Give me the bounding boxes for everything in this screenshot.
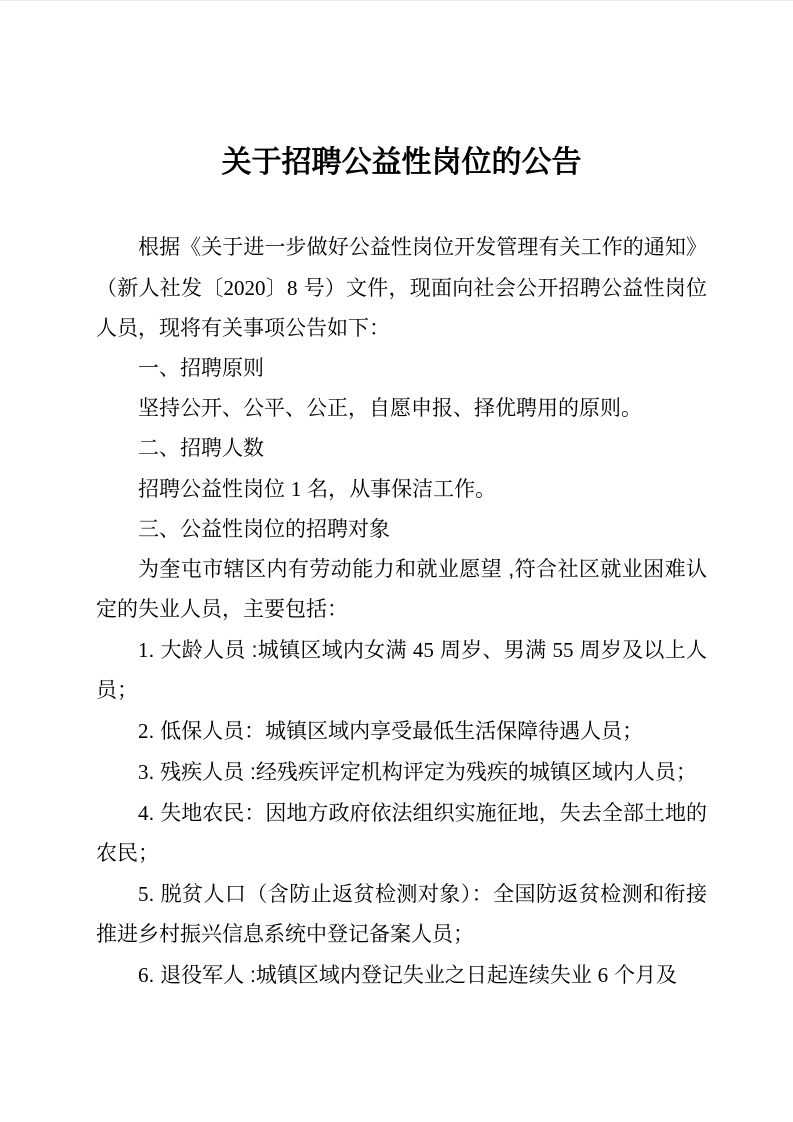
paragraph: 4. 失地农民：因地方政府依法组织实施征地，失去全部土地的农民； [96,793,707,874]
paragraph: 为奎屯市辖区内有劳动能力和就业愿望 ,符合社区就业困难认定的失业人员，主要包括： [96,550,707,630]
document-body: 根据《关于进一步做好公益性岗位开发管理有关工作的通知》（新人社发〔2020〕8 … [96,228,707,996]
paragraph: 一、招聘原则 [96,349,707,389]
paragraph: 5. 脱贫人口（含防止返贫检测对象）：全国防返贫检测和衔接推进乡村振兴信息系统中… [96,874,707,955]
page-title: 关于招聘公益性岗位的公告 [96,146,707,180]
paragraph: 3. 残疾人员 :经残疾评定机构评定为残疾的城镇区域内人员； [96,752,707,793]
paragraph: 根据《关于进一步做好公益性岗位开发管理有关工作的通知》（新人社发〔2020〕8 … [96,228,707,349]
paragraph: 6. 退役军人 :城镇区域内登记失业之日起连续失业 6 个月及 [96,955,707,996]
document-page: { "document": { "title": "关于招聘公益性岗位的公告",… [0,0,793,1122]
paragraph: 招聘公益性岗位 1 名，从事保洁工作。 [96,469,707,510]
document-sheet: 关于招聘公益性岗位的公告 根据《关于进一步做好公益性岗位开发管理有关工作的通知》… [0,0,793,1122]
page-top-edge [0,0,793,1]
paragraph: 三、公益性岗位的招聘对象 [96,510,707,550]
paragraph: 坚持公开、公平、公正，自愿申报、择优聘用的原则。 [96,389,707,429]
paragraph: 1. 大龄人员 :城镇区域内女满 45 周岁、男满 55 周岁及以上人员； [96,630,707,711]
paragraph: 2. 低保人员：城镇区域内享受最低生活保障待遇人员； [96,711,707,752]
paragraph: 二、招聘人数 [96,429,707,469]
